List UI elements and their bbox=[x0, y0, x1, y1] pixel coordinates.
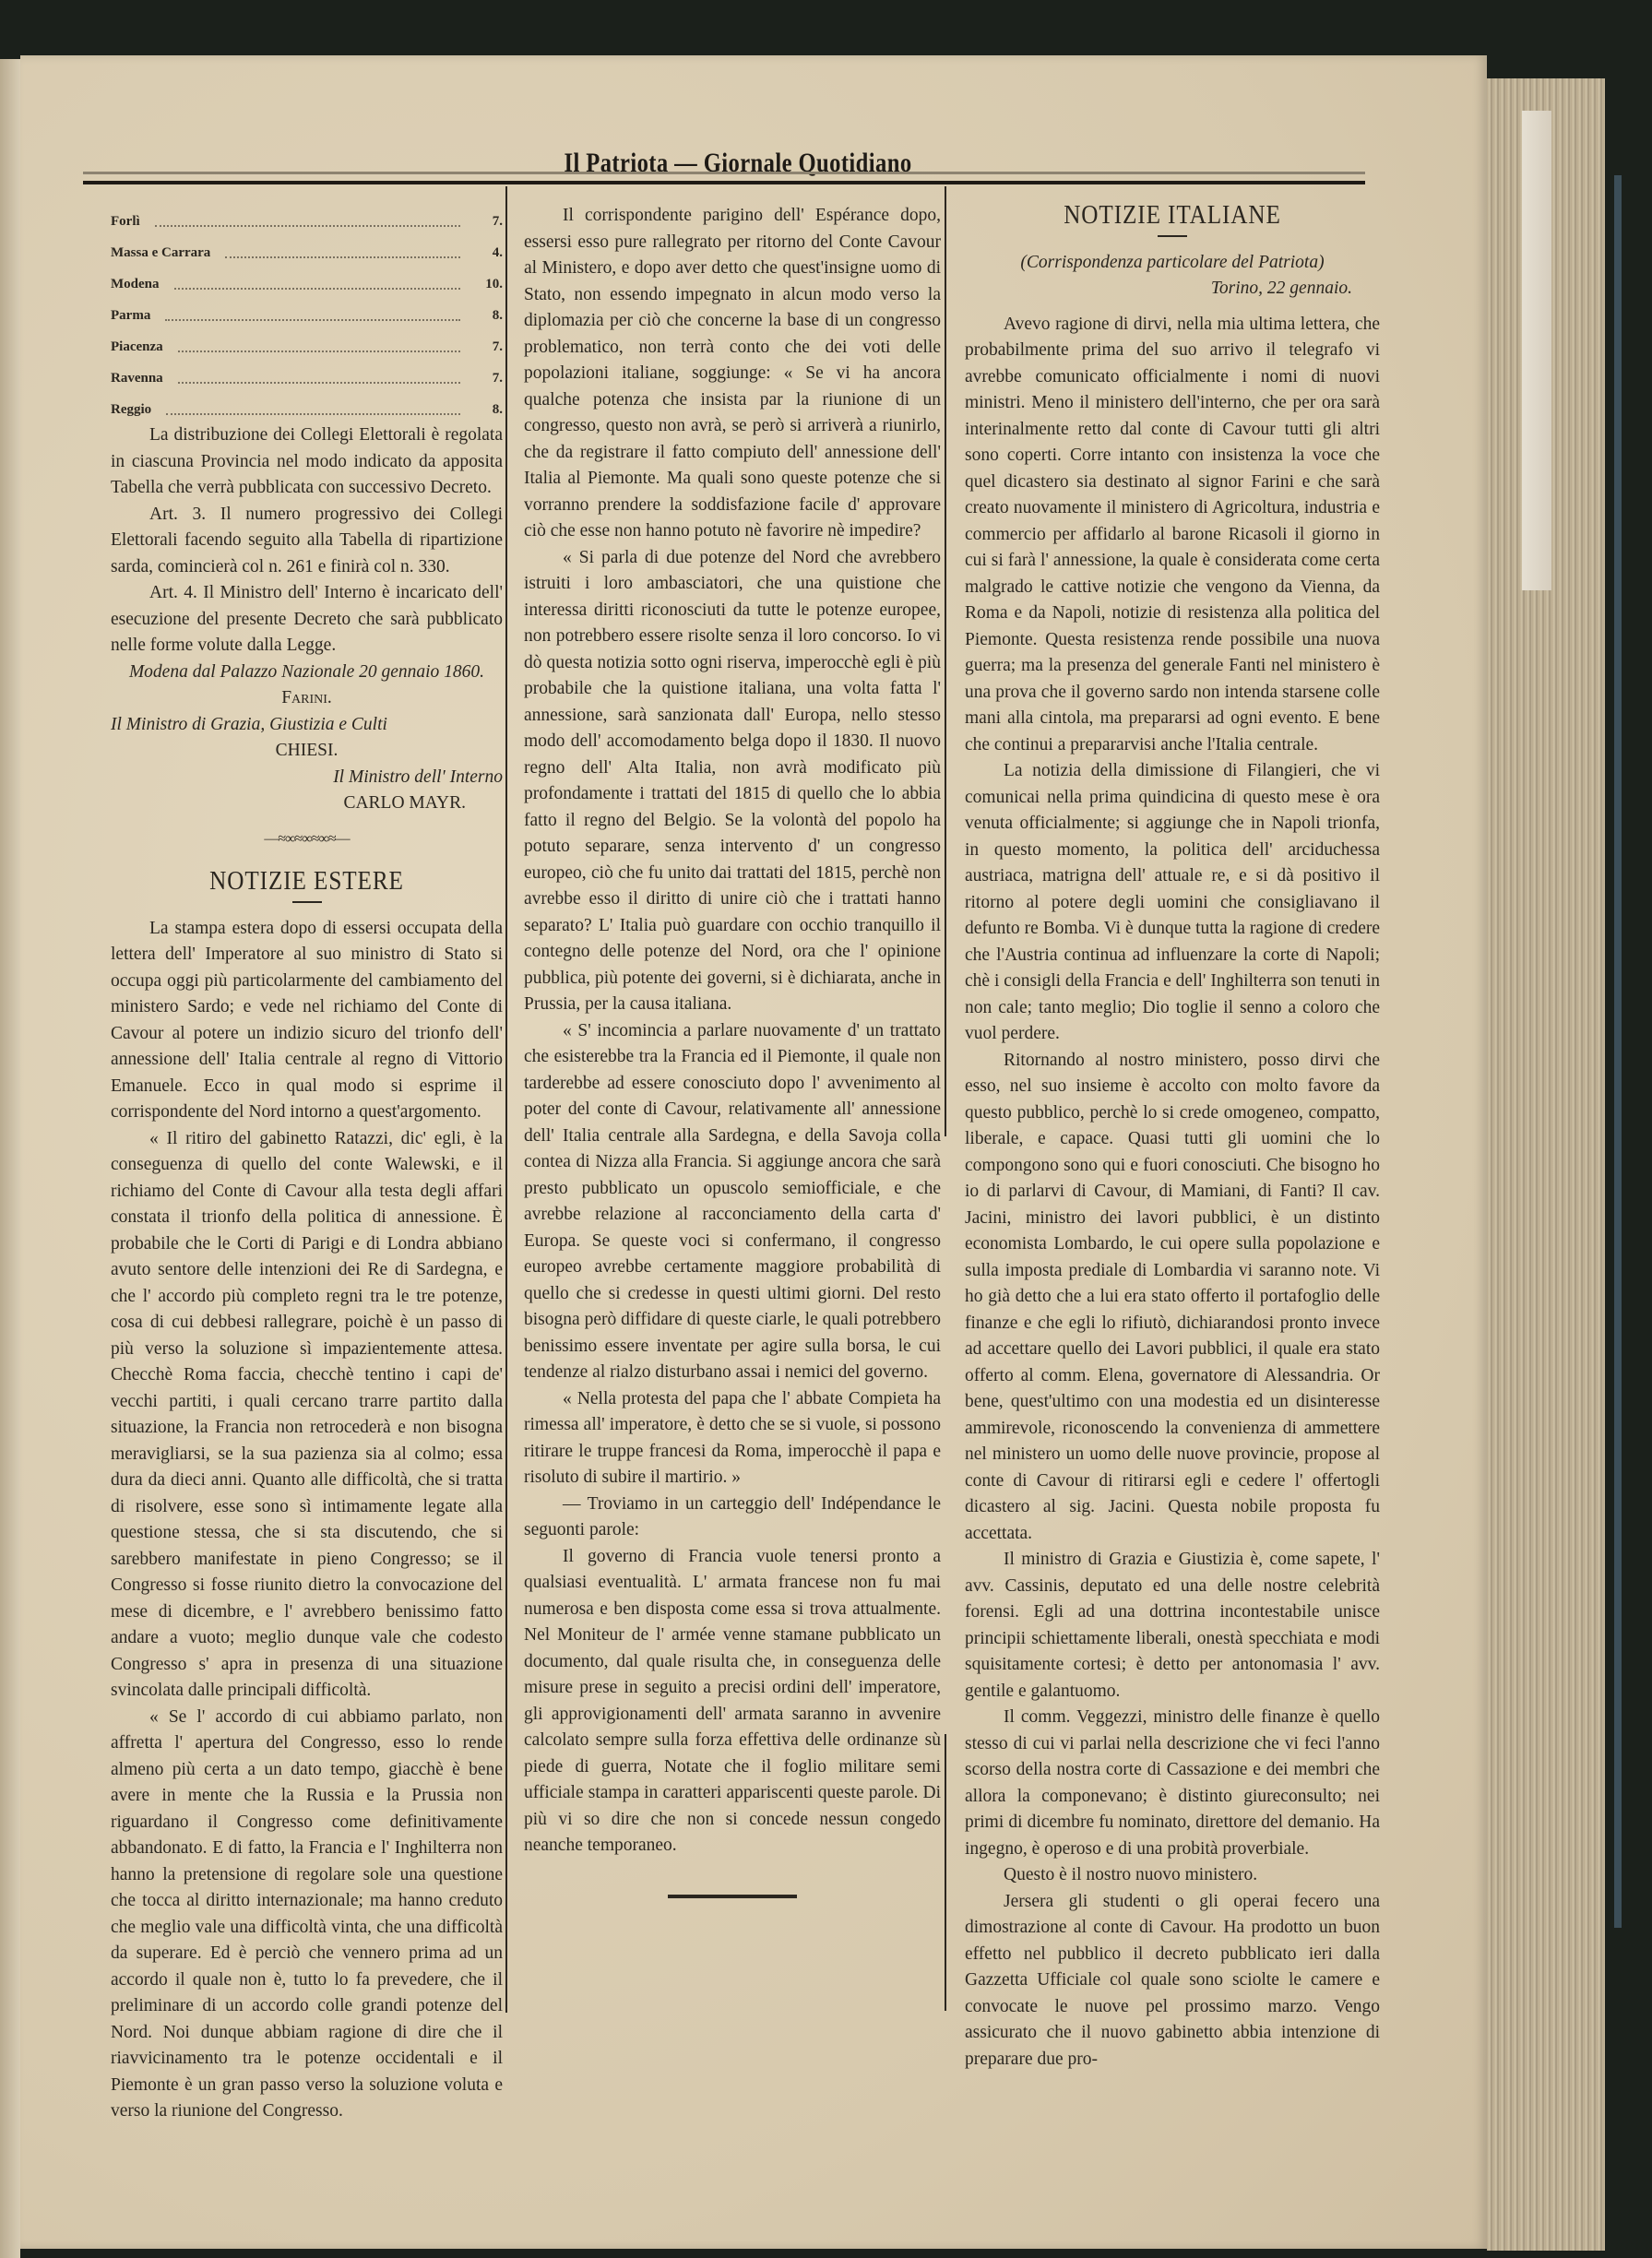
table-row: Reggio8. bbox=[111, 391, 503, 422]
section-heading-notizie-italiane: NOTIZIE ITALIANE bbox=[986, 203, 1360, 230]
article-paragraph: Jersera gli studenti o gli operai fecero… bbox=[965, 1889, 1380, 2074]
column-2: Il corrispondente parigino dell' Espéran… bbox=[524, 203, 941, 1898]
article-paragraph: — Troviamo in un carteggio dell' Indépen… bbox=[524, 1491, 941, 1544]
decree-paragraph: Art. 3. Il numero progressivo dei Colleg… bbox=[111, 502, 503, 581]
table-row: Massa e Carrara4. bbox=[111, 234, 503, 266]
correspondence-dateline: Torino, 22 gennaio. bbox=[965, 276, 1380, 303]
decree-dateline: Modena dal Palazzo Nazionale 20 gennaio … bbox=[111, 660, 503, 686]
table-row: Ravenna7. bbox=[111, 360, 503, 391]
column-1: Forlì7. Massa e Carrara4. Modena10. Parm… bbox=[111, 203, 503, 2125]
book-gutter bbox=[0, 59, 20, 2258]
page-edge-insert bbox=[1522, 111, 1551, 590]
table-row: Forlì7. bbox=[111, 203, 503, 234]
article-paragraph: Il corrispondente parigino dell' Espéran… bbox=[524, 203, 941, 545]
signature-farini: Farini. bbox=[111, 685, 503, 712]
table-row: Parma8. bbox=[111, 297, 503, 328]
article-paragraph: La notizia della dimissione di Filangier… bbox=[965, 758, 1380, 1048]
signature-chiesi: CHIESI. bbox=[111, 738, 503, 765]
article-paragraph: Avevo ragione di dirvi, nella mia ultima… bbox=[965, 312, 1380, 759]
section-heading-notizie-estere: NOTIZIE ESTERE bbox=[130, 869, 483, 896]
column-divider-2a bbox=[945, 186, 946, 1136]
article-paragraph: Ritornando al nostro ministero, posso di… bbox=[965, 1048, 1380, 1548]
correspondence-subheading: (Corrispondenza particolare del Patriota… bbox=[965, 250, 1380, 277]
colleges-table: Forlì7. Massa e Carrara4. Modena10. Parm… bbox=[111, 203, 503, 422]
decree-paragraph: La distribuzione dei Collegi Elettorali … bbox=[111, 422, 503, 502]
book-cover-edge bbox=[1614, 175, 1622, 1928]
article-paragraph: « Se l' accordo di cui abbiamo parlato, … bbox=[111, 1705, 503, 2125]
article-paragraph: « Il ritiro del gabinetto Ratazzi, dic' … bbox=[111, 1126, 503, 1705]
column-divider-2b bbox=[945, 1734, 946, 2011]
article-paragraph: « Si parla di due potenze del Nord che a… bbox=[524, 545, 941, 1018]
column-end-rule bbox=[668, 1895, 797, 1898]
table-row: Modena10. bbox=[111, 266, 503, 297]
minister-justice-title: Il Ministro di Grazia, Giustizia e Culti bbox=[111, 712, 503, 739]
signature-mayr: CARLO MAYR. bbox=[111, 790, 503, 817]
table-row: Piacenza7. bbox=[111, 328, 503, 360]
heading-rule bbox=[1158, 235, 1187, 237]
article-paragraph: Il ministro di Grazia e Giustizia è, com… bbox=[965, 1547, 1380, 1705]
article-paragraph: Questo è il nostro nuovo ministero. bbox=[965, 1862, 1380, 1889]
article-paragraph: « S' incomincia a parlare nuovamente d' … bbox=[524, 1018, 941, 1386]
decree-paragraph: Art. 4. Il Ministro dell' Interno è inca… bbox=[111, 580, 503, 660]
article-paragraph: Il comm. Veggezzi, ministro delle finanz… bbox=[965, 1705, 1380, 1862]
article-paragraph: « Nella protesta del papa che l' abbate … bbox=[524, 1386, 941, 1491]
minister-interior-title: Il Ministro dell' Interno bbox=[111, 765, 503, 791]
header-rule bbox=[83, 181, 1365, 184]
column-divider-1 bbox=[505, 186, 507, 2013]
ornament-divider: —≈∞≈∞≈∞≈— bbox=[111, 826, 503, 853]
article-paragraph: Il governo di Francia vuole tenersi pron… bbox=[524, 1544, 941, 1860]
column-3: NOTIZIE ITALIANE (Corrispondenza partico… bbox=[965, 199, 1380, 2073]
article-paragraph: La stampa estera dopo di essersi occupat… bbox=[111, 916, 503, 1126]
heading-rule bbox=[292, 901, 322, 903]
header-rule-thin bbox=[83, 172, 1365, 174]
